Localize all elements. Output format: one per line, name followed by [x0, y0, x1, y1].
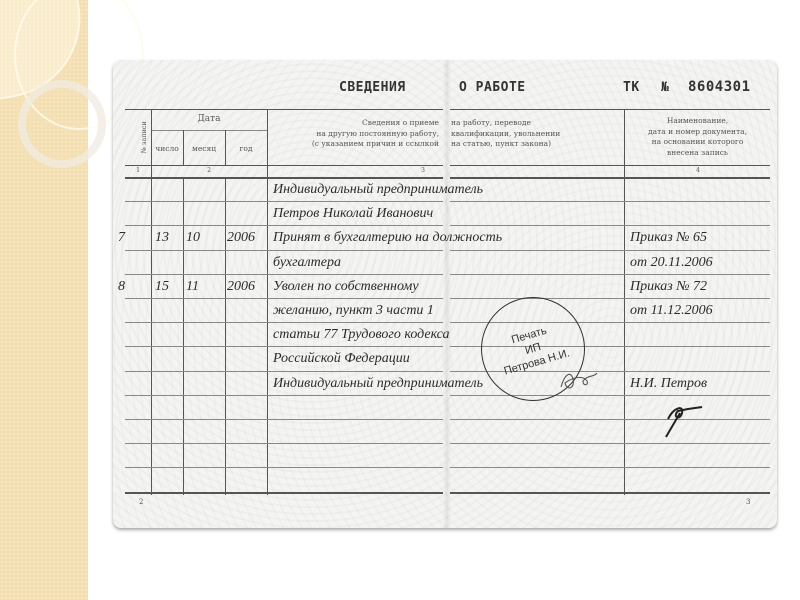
row-rule-right [450, 443, 770, 444]
row-rule-right [450, 225, 770, 226]
employment-record-book-spread: СВЕДЕНИЯ О РАБОТЕ ТК № 8604301 № записи … [113, 60, 777, 528]
header-bottom-rule-right [450, 165, 770, 166]
number-sign: № [661, 80, 669, 95]
cell-info: Петров Николай Иванович [273, 206, 433, 222]
series-label: ТК [623, 80, 640, 95]
cell-doc: Приказ № 72 [630, 279, 707, 295]
cell-day: 15 [155, 279, 169, 295]
row-rule-right [450, 419, 770, 420]
col-divider-document [624, 109, 625, 495]
book-spine [443, 60, 451, 528]
cell-month: 11 [186, 279, 199, 295]
header-info-right: на работу, переводе квалификации, увольн… [451, 118, 601, 150]
header-day: число [151, 144, 183, 155]
row-rule-left [125, 201, 443, 202]
body-top-rule-left [125, 177, 443, 179]
row-rule-left [125, 443, 443, 444]
row-rule-left [125, 492, 443, 494]
cell-no: 8 [118, 279, 125, 295]
row-rule-right [450, 201, 770, 202]
column-number-3: 3 [413, 167, 433, 174]
row-rule-left [125, 298, 443, 299]
column-number-1: 1 [125, 167, 151, 174]
row-rule-left [125, 371, 443, 372]
row-rule-right [450, 492, 770, 494]
row-rule-left [125, 225, 443, 226]
col-divider-day-header [183, 130, 184, 165]
cell-info: Индивидуальный предприниматель [273, 182, 483, 198]
row-rule-left [125, 322, 443, 323]
page-number-right: 3 [746, 498, 750, 506]
page-title-right: О РАБОТЕ [459, 80, 526, 95]
cell-doc: от 11.12.2006 [630, 303, 713, 319]
page-number-left: 2 [139, 498, 143, 506]
page-title-left: СВЕДЕНИЯ [339, 80, 406, 95]
cell-info: бухгалтера [273, 255, 341, 271]
row-rule-left [125, 250, 443, 251]
cell-year: 2006 [227, 230, 255, 246]
header-document: Наименование, дата и номер документа, на… [625, 116, 770, 158]
header-top-rule-left [125, 109, 443, 110]
decorative-ring-shape [18, 80, 106, 168]
cell-doc: Приказ № 65 [630, 230, 707, 246]
cell-info: статьи 77 Трудового кодекса [273, 327, 450, 343]
row-rule-right [450, 250, 770, 251]
cell-no: 7 [118, 230, 125, 246]
header-top-rule-right [450, 109, 770, 110]
row-rule-right [450, 467, 770, 468]
header-bottom-rule-left [125, 165, 443, 166]
header-record-no: № записи [139, 112, 150, 162]
book-number: 8604301 [688, 79, 751, 95]
signature-director [658, 395, 718, 445]
body-top-rule-right [450, 177, 770, 179]
cell-month: 10 [186, 230, 200, 246]
cell-info: желанию, пункт 3 части 1 [273, 303, 434, 319]
row-rule-left [125, 346, 443, 347]
col-divider-year [267, 109, 268, 495]
cell-day: 13 [155, 230, 169, 246]
column-number-2: 2 [151, 167, 267, 174]
row-rule-left [125, 274, 443, 275]
cell-info: Уволен по собственному [273, 279, 419, 295]
header-info-left: Сведения о приеме на другую постоянную р… [269, 118, 439, 150]
cell-info: Индивидуальный предприниматель [273, 376, 483, 392]
header-date: Дата [151, 114, 267, 125]
row-rule-left [125, 467, 443, 468]
cell-doc: от 20.11.2006 [630, 255, 713, 271]
row-rule-right [450, 274, 770, 275]
row-rule-left [125, 395, 443, 396]
cell-doc: Н.И. Петров [630, 376, 707, 392]
header-year: год [225, 144, 267, 155]
row-rule-left [125, 419, 443, 420]
signature-employer [553, 365, 613, 395]
col-divider-month-header [225, 130, 226, 165]
row-rule-right [450, 298, 770, 299]
cell-info: Принят в бухгалтерию на должность [273, 230, 502, 246]
header-month: месяц [183, 144, 225, 155]
date-subheader-rule [151, 130, 267, 131]
column-number-4: 4 [688, 167, 708, 174]
cell-year: 2006 [227, 279, 255, 295]
col-divider-record-no [151, 109, 152, 495]
slide-decoration-sidebar [0, 0, 88, 600]
cell-info: Российской Федерации [273, 351, 410, 367]
